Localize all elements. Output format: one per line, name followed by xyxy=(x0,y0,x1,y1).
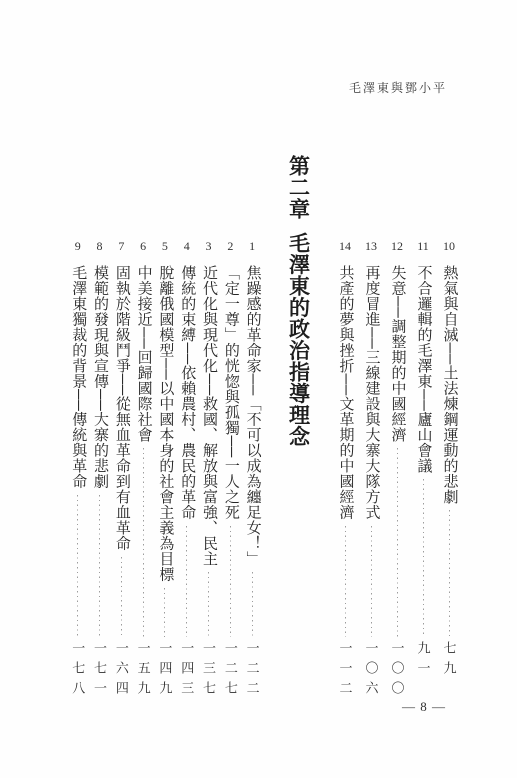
dotted-leader xyxy=(164,588,165,637)
chapter-number: 第二章 xyxy=(288,155,309,220)
toc-entry-title: 焦躁感的革命家──「不可以成為纏足女！」 xyxy=(245,265,260,566)
toc-entry-title: 再度冒進──三線建設與大寨大隊方式 xyxy=(364,265,379,520)
toc-entry-number: 9 xyxy=(72,240,84,252)
toc-entry-number: 7 xyxy=(115,240,127,252)
toc-entry: 13 再度冒進──三線建設與大寨大隊方式 一〇六 xyxy=(358,155,384,705)
chapter-heading: 第二章 毛澤東的政治指導理念 xyxy=(276,155,320,705)
toc-entry-title: 不合邏輯的毛澤東──廬山會議 xyxy=(416,265,431,473)
toc-entry-page: 一〇六 xyxy=(365,641,378,705)
toc-entry: 7 固執於階級鬥爭──從無血革命到有血革命 一六四 xyxy=(110,155,132,705)
toc-entry: 4 傳統的束縛──依賴農村、農民的革命 一四三 xyxy=(176,155,198,705)
book-page: 毛澤東與鄧小平 10 熱氣與自滅──土法煉鋼運動的悲劇 七九 11 不合邏輯的毛… xyxy=(0,0,517,778)
dotted-leader xyxy=(186,526,187,637)
toc-entry-number: 4 xyxy=(181,240,193,252)
toc-entry-page: 一六四 xyxy=(115,641,128,705)
toc-entry-number: 13 xyxy=(365,240,377,252)
toc-entry: 12 失意──調整期的中國經濟 一〇〇 xyxy=(384,155,410,705)
toc-entry: 9 毛澤東獨裁的背景──傳統與革命 一七八 xyxy=(67,155,89,705)
dotted-leader xyxy=(230,526,231,637)
dotted-leader xyxy=(397,448,398,637)
dotted-leader xyxy=(121,557,122,637)
toc-entry-page: 七九 xyxy=(443,641,456,705)
toc-entry-page: 一四九 xyxy=(158,641,171,705)
toc-entry: 2 「定一尊」的恍惚與孤獨──一人之死 一二七 xyxy=(219,155,241,705)
dotted-leader xyxy=(371,526,372,637)
running-head: 毛澤東與鄧小平 xyxy=(349,79,447,96)
dotted-leader xyxy=(143,448,144,637)
toc-entry-page: 一一二 xyxy=(339,641,352,705)
dotted-leader xyxy=(208,572,209,637)
toc-entry-page: 一三七 xyxy=(202,641,215,705)
toc-entry-page: 一二七 xyxy=(224,641,237,705)
toc-entry-number: 2 xyxy=(224,240,236,252)
toc-entry: 1 焦躁感的革命家──「不可以成為纏足女！」 一二二 xyxy=(241,155,263,705)
toc-entry-page: 一四三 xyxy=(180,641,193,705)
toc-entry: 11 不合邏輯的毛澤東──廬山會議 九一 xyxy=(410,155,436,705)
toc-entry-page: 一〇〇 xyxy=(391,641,404,705)
toc-entry-number: 11 xyxy=(417,240,429,252)
toc-entry-title: 模範的發現與宣傳──大寨的悲劇 xyxy=(92,265,107,489)
toc-entry-title: 毛澤東獨裁的背景──傳統與革命 xyxy=(70,265,85,489)
toc-entry-number: 1 xyxy=(246,240,258,252)
toc-entry: 6 中美接近──回歸國際社會 一五九 xyxy=(132,155,154,705)
toc-entry-title: 失意──調整期的中國經濟 xyxy=(390,265,405,442)
chapter-title: 毛澤東的政治指導理念 xyxy=(288,232,309,447)
dotted-leader xyxy=(345,526,346,637)
toc-entry: 10 熱氣與自滅──土法煉鋼運動的悲劇 七九 xyxy=(436,155,462,705)
toc-entry: 8 模範的發現與宣傳──大寨的悲劇 一七一 xyxy=(89,155,111,705)
toc-entry-number: 8 xyxy=(94,240,106,252)
page-folio: — 8 — xyxy=(402,699,446,715)
toc-entry-title: 共產的夢與挫折──文革期的中國經濟 xyxy=(338,265,353,520)
toc-entry-page: 一五九 xyxy=(137,641,150,705)
toc-entry: 14 共產的夢與挫折──文革期的中國經濟 一一二 xyxy=(332,155,358,705)
table-of-contents: 10 熱氣與自滅──土法煉鋼運動的悲劇 七九 11 不合邏輯的毛澤東──廬山會議… xyxy=(67,155,462,705)
toc-entry-title: 熱氣與自滅──土法煉鋼運動的悲劇 xyxy=(442,265,457,504)
toc-entry-number: 10 xyxy=(443,240,455,252)
dotted-leader xyxy=(423,479,424,637)
toc-entry-page: 九一 xyxy=(417,641,430,705)
toc-entry-title: 「定一尊」的恍惚與孤獨──一人之死 xyxy=(223,265,238,520)
dotted-leader xyxy=(449,510,450,637)
toc-entry-title: 固執於階級鬥爭──從無血革命到有血革命 xyxy=(114,265,129,551)
toc-entry-title: 近代化與現代化──救國、解放與富強、民主 xyxy=(201,265,216,566)
toc-entry-number: 14 xyxy=(339,240,351,252)
dotted-leader xyxy=(99,495,100,637)
toc-entry-number: 3 xyxy=(203,240,215,252)
toc-entry: 5 脫離俄國模型──以中國本身的社會主義為目標 一四九 xyxy=(154,155,176,705)
toc-entry-number: 6 xyxy=(137,240,149,252)
toc-entry-page: 一二二 xyxy=(246,641,259,705)
toc-entry-title: 脫離俄國模型──以中國本身的社會主義為目標 xyxy=(157,265,172,582)
toc-entry-page: 一七八 xyxy=(71,641,84,705)
toc-entry-title: 中美接近──回歸國際社會 xyxy=(136,265,151,442)
toc-entry-number: 12 xyxy=(391,240,403,252)
toc-entry-page: 一七一 xyxy=(93,641,106,705)
toc-entry: 3 近代化與現代化──救國、解放與富強、民主 一三七 xyxy=(198,155,220,705)
dotted-leader xyxy=(77,495,78,637)
dotted-leader xyxy=(252,572,253,637)
toc-entry-title: 傳統的束縛──依賴農村、農民的革命 xyxy=(179,265,194,520)
toc-entry-number: 5 xyxy=(159,240,171,252)
